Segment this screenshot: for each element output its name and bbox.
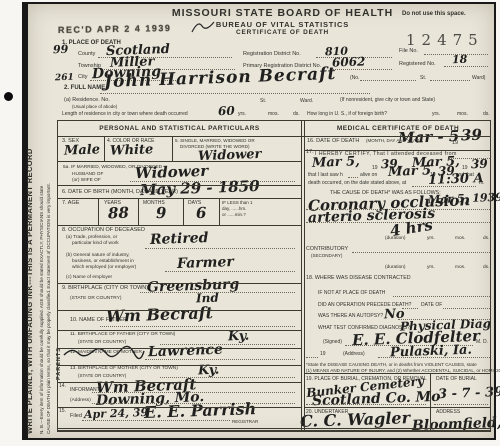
dotted-rule <box>348 177 358 178</box>
residence-st-label: St. <box>260 99 266 104</box>
dotted-rule <box>430 80 470 81</box>
occupation-c-label: (c) Name of employer <box>66 276 112 281</box>
spouse-label-3: (or) WIFE OF <box>72 179 101 184</box>
if-less-label-3: or ......min.? <box>222 213 246 218</box>
rule <box>57 185 302 186</box>
duration-label: (duration) <box>385 266 406 271</box>
rule <box>490 120 491 431</box>
rule <box>138 198 139 225</box>
occupation-a-label-2: particular kind of work <box>72 242 119 247</box>
rule <box>57 136 491 137</box>
dotted-rule <box>330 69 392 70</box>
rule <box>104 136 105 161</box>
dotted-rule <box>306 404 426 405</box>
residence-ward-label: Ward. <box>300 99 313 104</box>
primary-district-value: 6062 <box>332 55 366 68</box>
registered-no-value: 18 <box>452 54 468 66</box>
mother-maiden-value: Lawrence <box>148 343 223 360</box>
last-saw-label-1: that I last saw h <box>308 173 343 178</box>
residence-label: (a) Residence. No. <box>64 98 110 104</box>
birthplace-label: 9. BIRTHPLACE (CITY OR TOWN) <box>62 286 148 292</box>
yrs-label: yrs. <box>432 112 440 117</box>
dotted-rule <box>412 186 476 187</box>
dotted-rule <box>434 404 488 405</box>
dotted-rule <box>165 271 295 272</box>
age-label: 7. AGE <box>62 201 79 207</box>
date-of-death-value: Mar - 5 <box>398 129 460 146</box>
rule <box>57 365 302 366</box>
rule <box>57 120 491 121</box>
dotted-rule <box>82 420 230 421</box>
rule <box>57 382 302 383</box>
dotted-rule <box>352 252 490 253</box>
rule <box>57 283 302 284</box>
filed-label: Filed <box>70 414 82 420</box>
if-not-at-place-label: IF NOT AT PLACE OF DEATH <box>318 291 385 296</box>
rule <box>57 428 491 429</box>
md-label: M. D. <box>476 340 488 345</box>
mos-label: mos. <box>455 266 465 271</box>
printed-19: 19 <box>452 141 458 147</box>
filed-number: 15. <box>59 409 66 414</box>
date-of-birth-value: May 29 - 1850 <box>140 179 260 198</box>
pen-flourish <box>190 18 216 34</box>
rule <box>301 120 302 431</box>
if-less-label-2: day, ......hrs. <box>222 207 246 212</box>
rule <box>57 348 302 349</box>
occupation-label: 8. OCCUPATION OF DECEASED <box>62 228 145 234</box>
rule <box>57 198 302 199</box>
length-of-residence-value: 60 <box>218 105 235 118</box>
last-saw-label-2: alive on <box>360 173 377 178</box>
abode-note: (Usual place of abode) <box>72 105 117 110</box>
rule <box>172 136 173 161</box>
informant-number: 14. <box>59 384 66 389</box>
footnote-line1: *State the DISEASE CAUSING DEATH, or in … <box>306 363 477 368</box>
signed-label: (Signed) <box>323 340 342 345</box>
dotted-rule <box>443 308 490 309</box>
rule <box>57 225 302 226</box>
occupation-b-value: Farmer <box>177 255 234 271</box>
rule <box>430 373 431 431</box>
margin-code-99: 99 <box>53 44 69 56</box>
dotted-rule <box>444 66 488 67</box>
age-days-value: 6 <box>196 206 207 221</box>
date-of-death-label: 16. DATE OF DEATH <box>307 139 359 145</box>
if-less-label-1: IF LESS than 1 <box>222 201 253 206</box>
father-birthplace-label: 11. BIRTHPLACE OF FATHER (CITY OR TOWN) <box>70 333 175 338</box>
rule <box>304 150 491 151</box>
undertaker-address-label: ADDRESS <box>436 410 460 415</box>
rule <box>57 161 302 162</box>
margin-note-line2: CAUSE OF DEATH in plain terms, so that i… <box>47 10 52 434</box>
mother-birthplace-label: 13. BIRTHPLACE OF MOTHER (CITY OR TOWN) <box>70 367 178 372</box>
dotted-rule <box>378 357 490 358</box>
rule <box>57 120 58 431</box>
city-ward-label: Ward) <box>472 76 485 81</box>
rule <box>57 330 302 331</box>
punch-mark <box>4 92 13 101</box>
death-occurred-label: death occurred, on the date stated above… <box>308 181 406 186</box>
yrs-label: yrs. <box>427 237 435 242</box>
father-birthplace-state-label: (STATE OR COUNTRY) <box>78 340 126 345</box>
autopsy-label: WAS THERE AN AUTOPSY? <box>318 314 383 319</box>
dotted-rule <box>306 357 318 358</box>
margin-code-261: 261 <box>55 74 74 84</box>
contributory-label: CONTRIBUTORY <box>306 247 348 252</box>
death-certificate-scan: WRITE PLAINLY, WITH UNFADING INK---THIS … <box>0 0 500 446</box>
registrar-label: REGISTRAR <box>232 420 258 425</box>
age-years-value: 88 <box>108 206 129 222</box>
mos-label: mos. <box>457 112 468 117</box>
undertaker-signature: C. C. Wagler <box>300 410 411 430</box>
dotted-rule <box>100 326 295 327</box>
rule <box>304 373 491 374</box>
rule <box>57 310 302 311</box>
duration-label: (duration) <box>385 237 406 242</box>
m-label: m. <box>479 181 485 186</box>
dotted-rule <box>145 248 295 249</box>
how-long-us-label: How long in U. S., if of foreign birth? <box>307 112 387 117</box>
color-race-value: White <box>110 143 154 158</box>
informant-address-label: (Address) <box>70 399 91 404</box>
marital-label-1: 5. SINGLE, MARRIED, WIDOWED OR <box>175 139 255 144</box>
city-st-label: St. <box>420 76 426 81</box>
where-contracted-label: 18. WHERE WAS DISEASE CONTRACTED <box>306 276 411 281</box>
length-of-residence-label: Length of residence in city or town wher… <box>62 112 188 117</box>
rule <box>57 430 491 432</box>
attended-to-year: 39 <box>471 158 488 171</box>
ds-label: ds. <box>293 112 300 117</box>
signature-date-19: 19 <box>320 352 326 357</box>
registrar-signature: E. E. Parrish <box>144 401 257 421</box>
father-birthplace-value: Ky. <box>228 330 250 344</box>
full-name-label: 2. FULL NAME <box>64 85 105 91</box>
yrs-label: yrs. <box>238 112 246 117</box>
nonresident-note: (If nonresident, give city or town and S… <box>340 98 435 103</box>
mos-label: mos. <box>268 112 279 117</box>
secondary-label: (SECONDARY) <box>311 254 342 259</box>
printed-19: 19 <box>372 166 378 171</box>
margin-note-line1: N. B.---Every item of information should… <box>40 10 45 434</box>
dotted-rule <box>393 296 490 297</box>
birthplace-state-label: (STATE OR COUNTRY) <box>70 297 121 302</box>
printed-19: 19 <box>462 166 468 171</box>
ds-label: ds. <box>483 112 490 117</box>
dotted-rule <box>100 93 370 94</box>
sex-value: Male <box>64 143 100 157</box>
do-not-use-label: Do not use this space. <box>402 11 466 17</box>
filed-date-value: Apr 24, 39 <box>84 407 148 420</box>
date-of-label: DATE OF <box>421 303 442 308</box>
dotted-rule <box>360 80 416 81</box>
burial-date-label: DATE OF BURIAL <box>436 377 477 382</box>
rule <box>304 120 305 431</box>
occupation-a-value: Retired <box>150 231 209 247</box>
rule <box>57 407 302 408</box>
county-label: County <box>78 52 95 58</box>
physician-address-label: (Address) <box>343 352 365 357</box>
board-title: MISSOURI STATE BOARD OF HEALTH <box>155 8 410 19</box>
personal-section-header: PERSONAL AND STATISTICAL PARTICULARS <box>57 126 302 133</box>
registered-no-label: Registered No. <box>399 62 436 68</box>
margin-warning-text: WRITE PLAINLY, WITH UNFADING INK---THIS … <box>26 8 34 434</box>
rule <box>304 407 491 408</box>
time-of-death-value: 11:30 A <box>428 172 484 187</box>
file-number-value: 12475 <box>406 31 484 49</box>
occupation-b-label-3: which employed (or employer) <box>72 266 136 271</box>
city-label: City <box>78 75 87 81</box>
ds-label: ds. <box>483 266 489 271</box>
file-no-label: File No. <box>399 49 418 55</box>
registration-district-label: Registration District No. <box>243 52 301 58</box>
age-months-value: 9 <box>156 206 167 221</box>
attended-from-date: Mar 5, <box>312 155 360 170</box>
city-no-label: (No. <box>350 76 359 81</box>
father-name-value: Wm Becraft <box>106 305 213 325</box>
mos-label: mos. <box>455 237 465 242</box>
dotted-rule <box>145 359 295 360</box>
rule <box>219 198 220 225</box>
rule <box>183 198 184 225</box>
ds-label: ds. <box>483 237 489 242</box>
yrs-label: yrs. <box>427 266 435 271</box>
rule <box>98 198 99 225</box>
